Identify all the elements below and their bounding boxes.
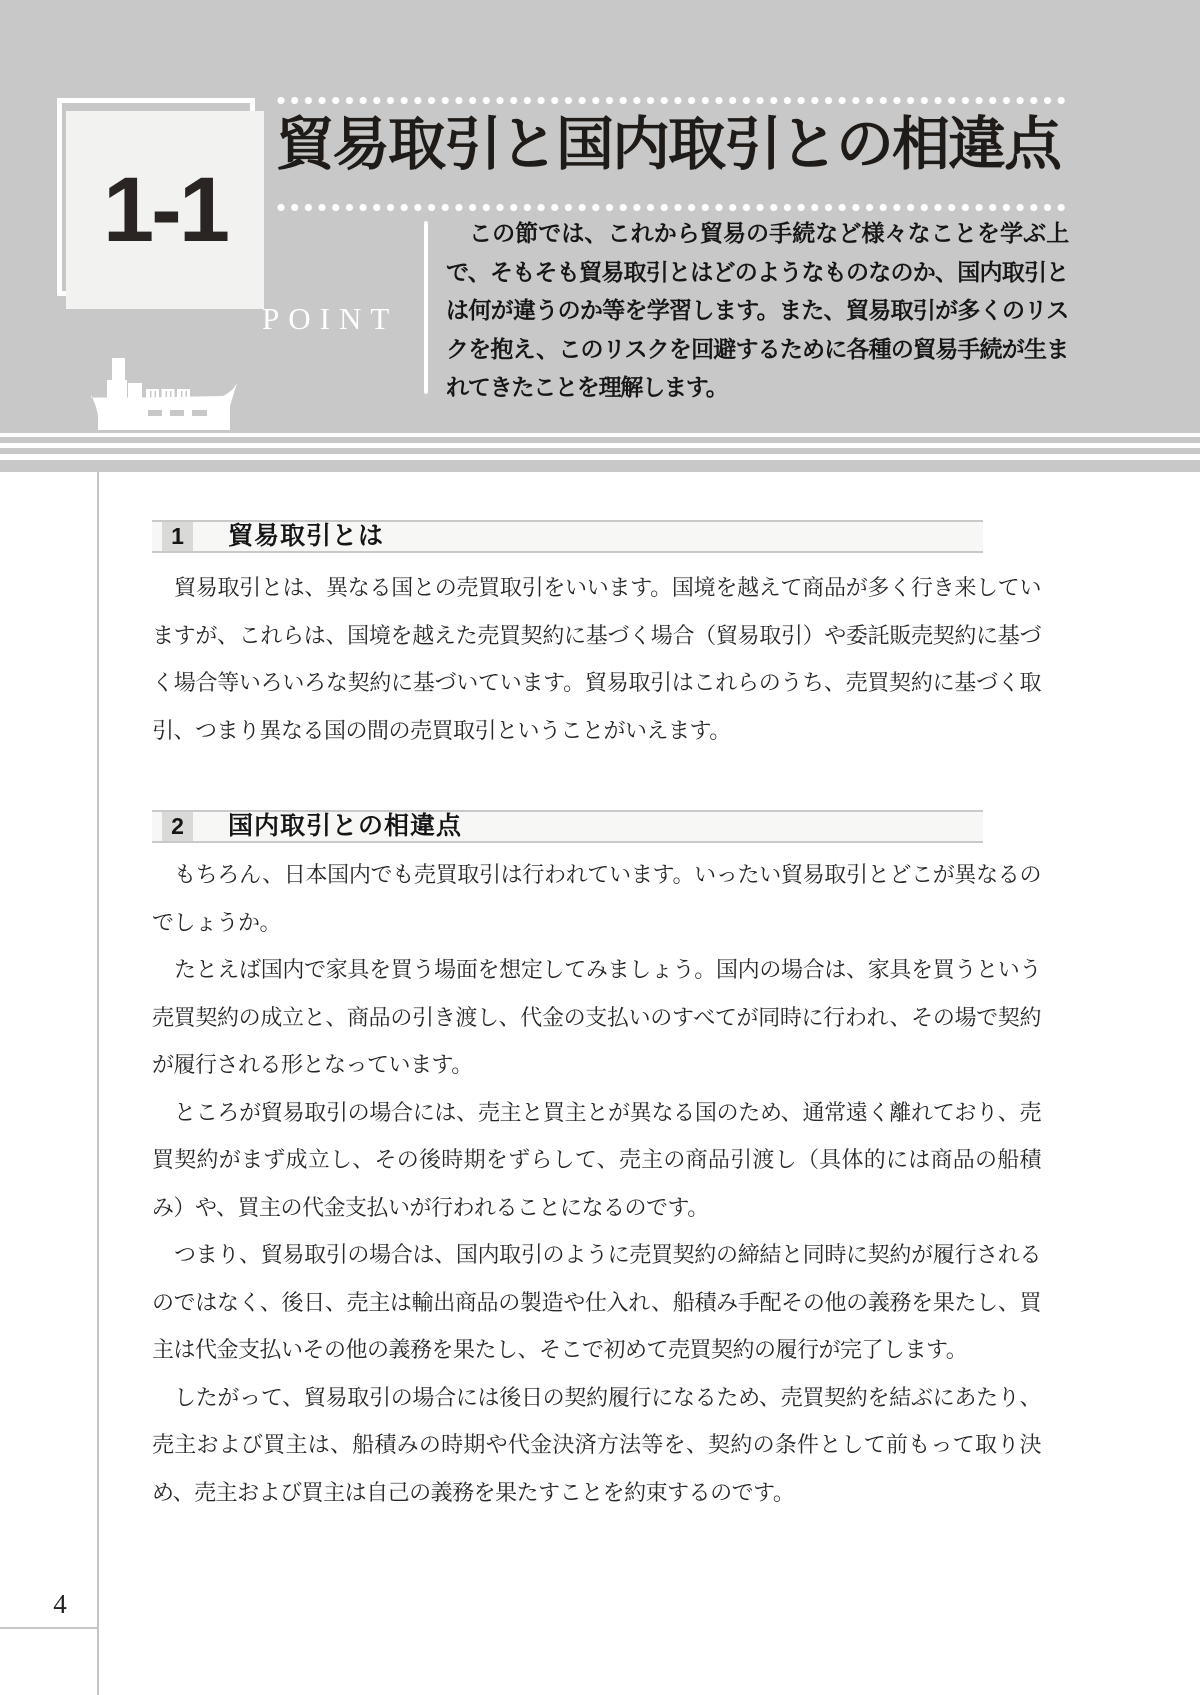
paragraph: もちろん、日本国内でも売買取引は行われています。いったい貿易取引とどこが異なるの… <box>152 851 1041 946</box>
textbook-page: 1-1 貿易取引と国内取引との相違点 POINT この節では、これから貿易の手続… <box>0 0 1200 1695</box>
main-text-column: 1 貿易取引とは 貿易取引とは、異なる国との売買取引をいいます。国境を越えて商品… <box>152 520 1041 1516</box>
paragraph: 貿易取引とは、異なる国との売買取引をいいます。国境を越えて商品が多く行き来してい… <box>152 564 1041 754</box>
cargo-ship-icon <box>86 348 240 433</box>
dotted-rule-top <box>277 96 1067 105</box>
section-heading-number: 1 <box>162 522 193 551</box>
paragraph: したがって、貿易取引の場合には後日の契約履行になるため、売買契約を結ぶにあたり、… <box>152 1374 1041 1517</box>
page-number: 4 <box>20 1589 100 1620</box>
section-heading-2: 2 国内取引との相違点 <box>152 810 983 843</box>
paragraph: ところが貿易取引の場合には、売主と買主とが異なる国のため、通常遠く離れており、売… <box>152 1089 1041 1232</box>
header-divider-stripes <box>0 433 1200 472</box>
chapter-header: 1-1 貿易取引と国内取引との相違点 POINT この節では、これから貿易の手続… <box>0 0 1200 433</box>
point-summary-text: この節では、これから貿易の手続など様々なことを学ぶ上で、そもそも貿易取引とはどの… <box>446 214 1068 407</box>
section-heading-title: 貿易取引とは <box>228 522 384 551</box>
section-heading-number: 2 <box>162 812 193 841</box>
point-label: POINT <box>262 303 398 334</box>
paragraph: たとえば国内で家具を買う場面を想定してみましょう。国内の場合は、家具を買うという… <box>152 946 1041 1089</box>
margin-vertical-rule <box>97 472 99 1695</box>
section-heading-title: 国内取引との相違点 <box>228 812 462 841</box>
margin-horizontal-rule <box>0 1627 98 1629</box>
section-number-box: 1-1 <box>66 111 264 309</box>
section-number: 1-1 <box>103 158 227 263</box>
dotted-rule-bottom <box>277 203 1067 212</box>
paragraph: つまり、貿易取引の場合は、国内取引のように売買契約の締結と同時に契約が履行される… <box>152 1231 1041 1374</box>
page-title: 貿易取引と国内取引との相違点 <box>276 116 1060 174</box>
point-divider-line <box>424 221 428 394</box>
section-heading-1: 1 貿易取引とは <box>152 520 983 553</box>
